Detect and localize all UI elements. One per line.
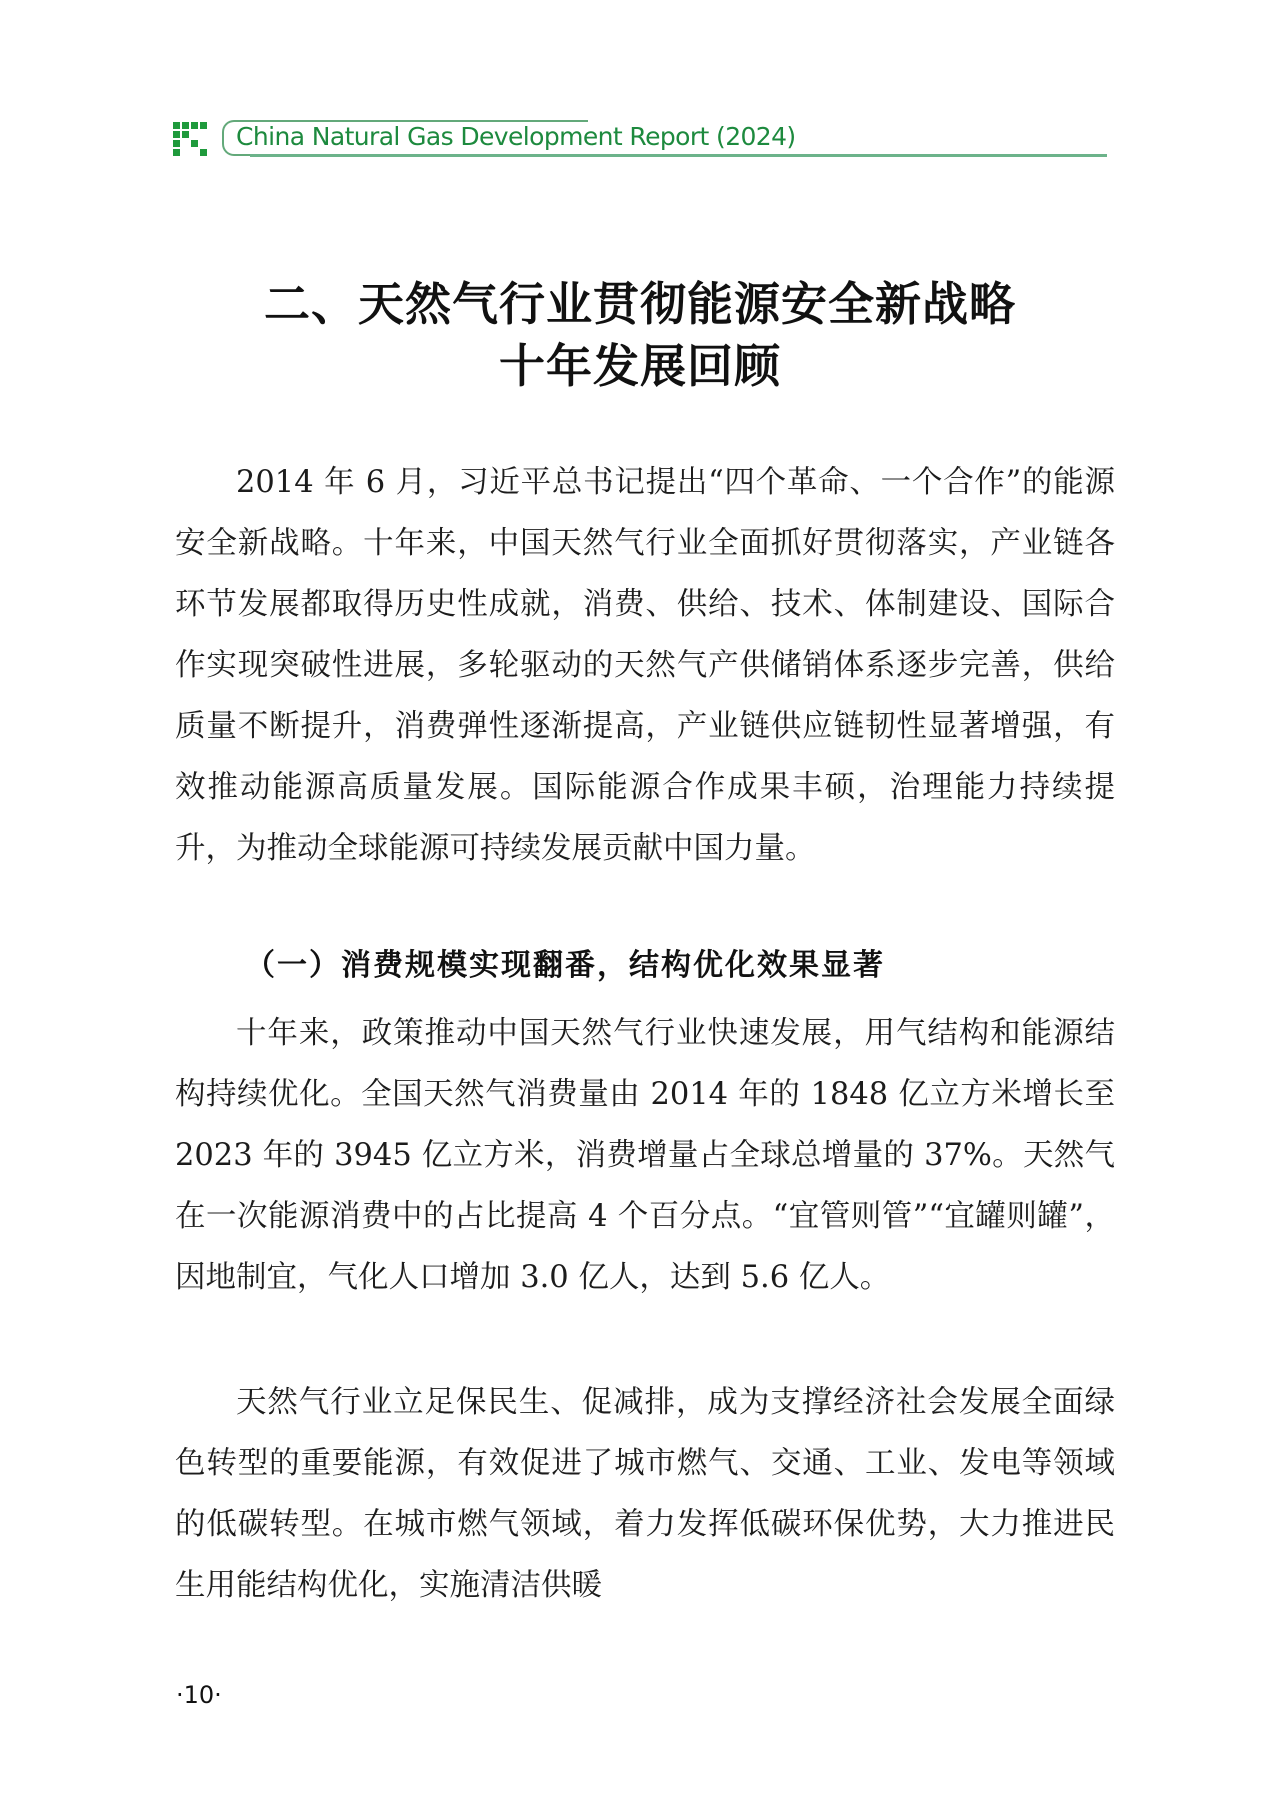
paragraph-text: 十年来，政策推动中国天然气行业快速发展，用气结构和能源结构持续优化。全国天然气消…	[175, 1003, 1115, 1308]
paragraph-intro: 2014 年 6 月，习近平总书记提出“四个革命、一个合作”的能源安全新战略。十…	[175, 452, 1115, 879]
paragraph-consumption: 十年来，政策推动中国天然气行业快速发展，用气结构和能源结构持续优化。全国天然气消…	[175, 1003, 1115, 1308]
page-number: ·10·	[176, 1681, 222, 1709]
header-bottom-rule	[250, 154, 1107, 157]
paragraph-text: 天然气行业立足保民生、促减排，成为支撑经济社会发展全面绿色转型的重要能源，有效促…	[175, 1372, 1115, 1616]
running-header: China Natural Gas Development Report (20…	[170, 118, 1120, 162]
report-title: China Natural Gas Development Report (20…	[236, 122, 796, 151]
report-logo-icon	[173, 122, 211, 156]
paragraph-green-transition: 天然气行业立足保民生、促减排，成为支撑经济社会发展全面绿色转型的重要能源，有效促…	[175, 1372, 1115, 1616]
subsection-heading: （一）消费规模实现翻番，结构优化效果显著	[245, 940, 885, 984]
section-title-line-1: 二、天然气行业贯彻能源安全新战略	[0, 268, 1280, 334]
section-title-line-2: 十年发展回顾	[0, 330, 1280, 396]
paragraph-text: 2014 年 6 月，习近平总书记提出“四个革命、一个合作”的能源安全新战略。十…	[175, 452, 1115, 879]
